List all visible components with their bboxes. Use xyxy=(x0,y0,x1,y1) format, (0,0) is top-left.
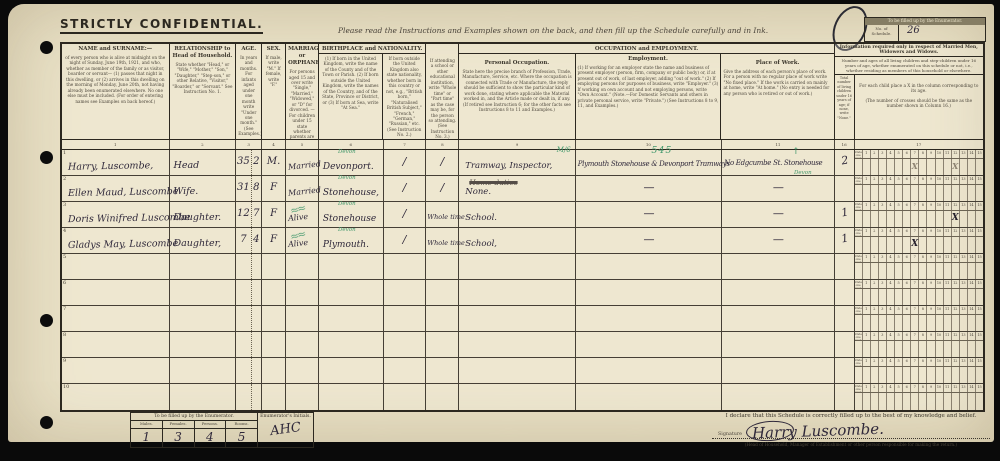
children-age-grid: Under one year123456789101112131415 xyxy=(855,384,983,410)
child-age-x-mark: X xyxy=(911,239,918,249)
age-grid-cell xyxy=(944,159,952,175)
age-grid-label: 9 xyxy=(927,202,935,210)
header-marriage: MARRIAGE or ORPHANHOOD. For persons aged… xyxy=(286,44,319,139)
occupation-value: School, xyxy=(465,239,497,249)
occupation-value: Tramway, Inspector, xyxy=(465,161,552,171)
age-grid-label: 12 xyxy=(952,176,960,184)
age-grid-label: 14 xyxy=(968,202,976,210)
age-grid-cell xyxy=(960,341,968,357)
age-grid-label: 9 xyxy=(927,280,935,288)
age-grid-cell xyxy=(903,211,911,227)
age-grid-label: 6 xyxy=(903,358,911,366)
cell-mar: Married xyxy=(286,176,319,201)
age-grid-label-under-one: Under one year xyxy=(855,280,863,288)
summary-column-label: Rooms. xyxy=(226,421,257,428)
cell-edu: Whole time xyxy=(426,202,459,227)
age-grid-cell xyxy=(863,393,871,410)
age-grid-cell xyxy=(919,211,927,227)
age-grid-label-under-one: Under one year xyxy=(855,176,863,184)
marriage-value: Alive xyxy=(288,238,309,249)
summary-count-value: 1 xyxy=(131,429,163,447)
age-years-value xyxy=(236,332,251,357)
age-grid-cell xyxy=(960,367,968,383)
table-row: 2Ellen Maud, LuscombeWife.318FMarriedDev… xyxy=(62,176,983,202)
punch-hole-icon xyxy=(40,416,53,429)
age-grid-cell xyxy=(960,393,968,410)
age-grid-label: 4 xyxy=(887,306,895,314)
cell-grid: Under one year123456789101112131415 xyxy=(855,280,983,305)
table-row: 3Doris Winifred LuscombeDaughter.127F≈≈A… xyxy=(62,202,983,228)
age-grid-label: 14 xyxy=(968,228,976,236)
age-grid-cell xyxy=(887,159,895,175)
children-total-value: 2 xyxy=(833,148,855,168)
age-grid-cells xyxy=(855,367,983,383)
age-grid-label-under-one: Under one year xyxy=(855,306,863,314)
age-grid-cell xyxy=(863,159,871,175)
age-grid-label: 12 xyxy=(952,280,960,288)
cell-tot: 1 xyxy=(835,202,855,227)
age-grid-cell xyxy=(911,393,919,410)
age-grid-cell xyxy=(895,315,903,331)
age-grid-header: Under one year123456789101112131415 xyxy=(855,384,983,393)
cell-tot xyxy=(835,280,855,305)
green-county-annotation: Devon xyxy=(338,227,356,233)
age-grid-cells: X xyxy=(855,211,983,227)
age-grid-cell xyxy=(855,263,863,279)
employment-value: — xyxy=(576,202,721,220)
punch-hole-icon xyxy=(40,151,53,164)
age-grid-cell xyxy=(903,263,911,279)
name-value: Ellen Maud, Luscombe xyxy=(68,186,179,199)
cell-birth: DevonStonehouse, xyxy=(319,176,384,201)
cell-occ xyxy=(459,280,575,305)
age-grid-cell xyxy=(879,367,887,383)
age-grid-cell xyxy=(863,237,871,253)
age-grid-label: 6 xyxy=(903,228,911,236)
age-grid-label-under-one: Under one year xyxy=(855,254,863,262)
age-months-value xyxy=(252,332,262,357)
age-grid-cell xyxy=(911,341,919,357)
header-occupation: Personal Occupation. State here the prec… xyxy=(459,54,575,139)
cell-edu: Whole time xyxy=(426,228,459,253)
employment-value: — xyxy=(576,176,721,194)
age-grid-cell xyxy=(855,237,863,253)
age-grid-label: 6 xyxy=(903,332,911,340)
age-grid-cell xyxy=(871,341,879,357)
cell-grid: Under one year123456789101112131415 xyxy=(855,384,983,410)
cell-edu: ∕ xyxy=(426,176,459,201)
children-total-value: 1 xyxy=(833,226,855,246)
cell-edu xyxy=(426,384,459,410)
marriage-value: Married xyxy=(288,185,322,197)
column-number-place: 11 xyxy=(722,140,835,149)
age-grid-label: 15 xyxy=(976,150,983,158)
age-grid-label: 2 xyxy=(871,280,879,288)
header-name: NAME and SURNAME:— of every person who i… xyxy=(62,44,170,139)
signature-line: Signature Harry Luscombe. xyxy=(712,421,990,439)
age-grid-label: 5 xyxy=(895,202,903,210)
age-grid-label: 12 xyxy=(952,202,960,210)
cell-sex xyxy=(262,254,286,279)
summary-column-label: Females. xyxy=(163,421,195,428)
cell-sex: F xyxy=(262,228,286,253)
age-grid-label: 7 xyxy=(911,228,919,236)
employment-value: — xyxy=(576,228,721,246)
age-grid-label: 2 xyxy=(871,306,879,314)
age-grid-cell xyxy=(855,185,863,201)
age-grid-cell xyxy=(936,315,944,331)
age-grid-cell xyxy=(919,315,927,331)
age-years-value xyxy=(236,358,251,383)
cell-mar xyxy=(286,384,319,410)
column-number-nat: 7 xyxy=(384,140,427,149)
cell-tot: 1 xyxy=(835,228,855,253)
age-grid-cell xyxy=(879,341,887,357)
age-grid-cell xyxy=(919,185,927,201)
age-grid-label: 9 xyxy=(927,358,935,366)
age-grid-cell xyxy=(960,263,968,279)
age-grid-label: 14 xyxy=(968,332,976,340)
age-grid-label: 4 xyxy=(887,150,895,158)
age-grid-header: Under one year123456789101112131415 xyxy=(855,280,983,289)
age-grid-label: 4 xyxy=(887,358,895,366)
enumerator-summary-box: To be filled up by the Enumerator. Males… xyxy=(130,412,314,448)
cell-sex xyxy=(262,280,286,305)
age-grid-cell xyxy=(871,393,879,410)
cell-emp xyxy=(576,332,722,357)
column-number-birth: 6 xyxy=(319,140,384,149)
age-grid-cell xyxy=(887,341,895,357)
cell-edu xyxy=(426,332,459,357)
crossed-out-occupation: Home duties xyxy=(469,178,517,187)
row-number: 10 xyxy=(63,384,69,390)
age-grid-cell xyxy=(927,289,935,305)
age-grid-cell xyxy=(968,367,976,383)
age-grid-label: 3 xyxy=(879,306,887,314)
age-grid-label: 13 xyxy=(960,306,968,314)
age-grid-cell xyxy=(936,237,944,253)
cell-occ: Home dutiesNone. xyxy=(459,176,575,201)
cell-name: 6 xyxy=(62,280,170,305)
column-number-edu: 8 xyxy=(426,140,459,149)
cell-age: 127 xyxy=(236,202,262,227)
cell-sex: F xyxy=(262,176,286,201)
cell-name: 9 xyxy=(62,358,170,383)
cell-occ xyxy=(459,332,575,357)
summary-column-labels: Males.Females.Persons.Rooms. xyxy=(131,421,257,429)
age-grid-label: 13 xyxy=(960,254,968,262)
place-of-work-value: — xyxy=(722,228,834,246)
age-grid-cell xyxy=(895,263,903,279)
age-grid-cell xyxy=(960,237,968,253)
age-grid-label: 14 xyxy=(968,150,976,158)
age-grid-header: Under one year123456789101112131415 xyxy=(855,202,983,211)
age-grid-cell xyxy=(919,289,927,305)
relationship-value: Daughter. xyxy=(174,212,222,223)
cell-mar xyxy=(286,280,319,305)
row-number: 4 xyxy=(63,228,66,234)
children-age-grid: Under one year123456789101112131415 xyxy=(855,306,983,331)
summary-column-label: Males. xyxy=(131,421,163,428)
birthplace-value: Plymouth. xyxy=(323,240,369,250)
age-grid-label: 5 xyxy=(895,306,903,314)
occupation-value: None. xyxy=(465,187,491,197)
cell-emp: 545Plymouth Stonehouse & Devonport Tramw… xyxy=(576,150,722,175)
age-grid-label: 9 xyxy=(927,228,935,236)
age-grid-cell xyxy=(855,367,863,383)
age-grid-cell xyxy=(936,211,944,227)
age-grid-header: Under one year123456789101112131415 xyxy=(855,332,983,341)
table-row: 9Under one year123456789101112131415 xyxy=(62,358,983,384)
cell-tot xyxy=(835,176,855,201)
nationality-value: ∕ xyxy=(384,176,426,194)
age-grid-cell xyxy=(968,237,976,253)
age-grid-label: 14 xyxy=(968,254,976,262)
age-grid-label: 13 xyxy=(960,358,968,366)
age-grid-label: 3 xyxy=(879,384,887,392)
age-grid-cell xyxy=(927,211,935,227)
age-grid-cell xyxy=(871,211,879,227)
age-years-value: 7 xyxy=(236,228,251,253)
age-grid-label: 2 xyxy=(871,202,879,210)
age-grid-label: 13 xyxy=(960,150,968,158)
birthplace-value: Stonehouse xyxy=(323,214,376,224)
green-county-annotation: Devon xyxy=(338,201,356,207)
age-grid-cell xyxy=(887,393,895,410)
cell-tot xyxy=(835,384,855,410)
age-grid-label: 10 xyxy=(936,150,944,158)
age-grid-cell xyxy=(952,237,960,253)
age-grid-label: 10 xyxy=(936,254,944,262)
cell-tot xyxy=(835,332,855,357)
cell-sex xyxy=(262,384,286,410)
age-grid-cell xyxy=(911,185,919,201)
age-grid-label: 3 xyxy=(879,254,887,262)
age-grid-label: 8 xyxy=(919,228,927,236)
age-grid-label: 3 xyxy=(879,150,887,158)
age-grid-label: 14 xyxy=(968,358,976,366)
marriage-value: Married xyxy=(288,159,322,171)
cell-rel: Daughter. xyxy=(170,202,237,227)
age-grid-label: 12 xyxy=(952,384,960,392)
cell-age xyxy=(236,280,262,305)
age-grid-cell xyxy=(895,367,903,383)
age-grid-cell xyxy=(936,159,944,175)
age-grid-label: 11 xyxy=(944,150,952,158)
age-grid-cell xyxy=(887,211,895,227)
age-grid-cell xyxy=(960,211,968,227)
cell-birth xyxy=(319,280,384,305)
age-grid-cell xyxy=(863,185,871,201)
header-occupation-group: OCCUPATION and EMPLOYMENT. Personal Occu… xyxy=(459,44,834,139)
age-grid-cell xyxy=(927,393,935,410)
age-grid-cell xyxy=(871,185,879,201)
column-number-grid: 17 xyxy=(855,140,983,149)
age-grid-label: 10 xyxy=(936,176,944,184)
age-grid-cell xyxy=(871,159,879,175)
age-grid-label: 5 xyxy=(895,358,903,366)
age-grid-cell: X xyxy=(911,159,919,175)
cell-nat: ∕ xyxy=(384,150,427,175)
age-months-value: 7 xyxy=(252,202,262,227)
age-grid-label: 5 xyxy=(895,176,903,184)
age-grid-cell xyxy=(944,237,952,253)
age-grid-cells xyxy=(855,263,983,279)
cell-name: 7 xyxy=(62,306,170,331)
age-grid-label: 13 xyxy=(960,228,968,236)
children-age-grid: Under one year123456789101112131415 xyxy=(855,280,983,305)
age-months-value: 8 xyxy=(252,176,262,201)
age-grid-cell xyxy=(976,315,983,331)
header-children-total: Total number of living children under 16… xyxy=(835,75,855,139)
age-grid-cell xyxy=(895,159,903,175)
cell-place xyxy=(722,358,835,383)
age-grid-label: 5 xyxy=(895,280,903,288)
green-county-annotation: Devon xyxy=(338,175,356,181)
age-grid-label: 15 xyxy=(976,384,983,392)
age-grid-label: 2 xyxy=(871,150,879,158)
age-grid-label-under-one: Under one year xyxy=(855,384,863,392)
age-grid-cell xyxy=(919,367,927,383)
age-grid-cell xyxy=(936,341,944,357)
age-grid-label: 4 xyxy=(887,332,895,340)
green-code-annotation: M/6 xyxy=(557,146,571,154)
age-grid-label: 10 xyxy=(936,332,944,340)
age-grid-cell xyxy=(976,289,983,305)
cell-occ: School, xyxy=(459,228,575,253)
age-grid-label-under-one: Under one year xyxy=(855,150,863,158)
age-grid-cell: X xyxy=(952,211,960,227)
row-number: 7 xyxy=(63,306,66,312)
cell-edu xyxy=(426,306,459,331)
cell-occ: School. xyxy=(459,202,575,227)
age-months-value xyxy=(252,306,262,331)
cell-sex: M. xyxy=(262,150,286,175)
age-grid-cell xyxy=(944,263,952,279)
age-grid-label: 7 xyxy=(911,280,919,288)
age-grid-label: 11 xyxy=(944,332,952,340)
cell-name: 5 xyxy=(62,254,170,279)
enumerator-initials-box: Enumerator's Initials. AHC xyxy=(258,412,314,448)
age-grid-cell xyxy=(968,211,976,227)
cell-grid: Under one year123456789101112131415X xyxy=(855,228,983,253)
age-grid-cell xyxy=(927,237,935,253)
child-age-x-mark: X xyxy=(952,213,959,223)
cell-emp xyxy=(576,384,722,410)
age-grid-label: 14 xyxy=(968,176,976,184)
age-grid-label: 5 xyxy=(895,332,903,340)
age-grid-cell xyxy=(936,367,944,383)
header-education: If attending a school or other education… xyxy=(426,44,459,139)
cell-tot xyxy=(835,306,855,331)
age-grid-label: 8 xyxy=(919,306,927,314)
cell-emp xyxy=(576,254,722,279)
cell-mar xyxy=(286,332,319,357)
cell-mar: Married xyxy=(286,150,319,175)
age-grid-cell xyxy=(927,185,935,201)
age-grid-label: 12 xyxy=(952,150,960,158)
age-grid-cell xyxy=(952,289,960,305)
age-grid-cell xyxy=(919,159,927,175)
age-grid-cells xyxy=(855,315,983,331)
age-grid-label: 9 xyxy=(927,384,935,392)
row-number: 9 xyxy=(63,358,66,364)
age-grid-label: 8 xyxy=(919,358,927,366)
age-grid-label: 5 xyxy=(895,150,903,158)
cell-mar xyxy=(286,358,319,383)
age-grid-cell xyxy=(952,263,960,279)
cell-nat xyxy=(384,332,427,357)
age-grid-label: 15 xyxy=(976,254,983,262)
age-grid-cell xyxy=(871,315,879,331)
cell-place: — xyxy=(722,202,835,227)
green-county-annotation: Devon xyxy=(338,149,356,155)
age-years-value: 35 xyxy=(236,150,251,175)
cell-age: 74 xyxy=(236,228,262,253)
age-grid-cell xyxy=(895,341,903,357)
table-row: 5Under one year123456789101112131415 xyxy=(62,254,983,280)
age-months-value xyxy=(252,254,262,279)
cell-edu xyxy=(426,358,459,383)
age-grid-label: 7 xyxy=(911,150,919,158)
age-grid-cell xyxy=(855,341,863,357)
header-age: AGE. In years and months. For infants ag… xyxy=(236,44,262,139)
cell-nat xyxy=(384,306,427,331)
sex-value: F xyxy=(262,202,285,219)
cell-grid: Under one year123456789101112131415 xyxy=(855,176,983,201)
age-grid-label-under-one: Under one year xyxy=(855,358,863,366)
age-grid-cell xyxy=(936,289,944,305)
age-grid-label: 3 xyxy=(879,280,887,288)
age-grid-cell xyxy=(887,237,895,253)
punch-hole-icon xyxy=(40,41,53,54)
age-grid-label: 6 xyxy=(903,150,911,158)
cell-tot xyxy=(835,254,855,279)
age-grid-label: 12 xyxy=(952,358,960,366)
summary-count-value: 3 xyxy=(163,429,195,447)
cell-grid: Under one year123456789101112131415XX xyxy=(855,150,983,175)
cell-grid: Under one year123456789101112131415X xyxy=(855,202,983,227)
cell-name: 4Gladys May, Luscombe xyxy=(62,228,170,253)
name-value: Harry, Luscombe, xyxy=(68,160,153,172)
age-grid-label: 14 xyxy=(968,384,976,392)
signature-label: Signature xyxy=(718,432,742,437)
age-grid-label: 10 xyxy=(936,358,944,366)
age-grid-header: Under one year123456789101112131415 xyxy=(855,150,983,159)
age-grid-cell xyxy=(911,367,919,383)
age-grid-cell xyxy=(911,263,919,279)
table-row: 1Harry, Luscombe,Head352M.MarriedDevonDe… xyxy=(62,150,983,176)
age-grid-cell xyxy=(968,289,976,305)
cell-place: — xyxy=(722,228,835,253)
cell-age xyxy=(236,358,262,383)
column-number-rel: 2 xyxy=(170,140,237,149)
summary-count-value: 5 xyxy=(226,429,257,447)
age-months-value xyxy=(252,384,262,410)
age-months-value: 4 xyxy=(252,228,262,253)
declaration-section: I declare that this Schedule is correctl… xyxy=(712,413,990,447)
cell-rel xyxy=(170,280,237,305)
age-grid-label: 3 xyxy=(879,332,887,340)
column-number-name: 1 xyxy=(62,140,170,149)
cell-emp: — xyxy=(576,202,722,227)
row-number: 3 xyxy=(63,202,66,208)
cell-place xyxy=(722,384,835,410)
row-number: 6 xyxy=(63,280,66,286)
age-grid-label: 10 xyxy=(936,384,944,392)
census-table: NAME and SURNAME:— of every person who i… xyxy=(60,42,985,412)
age-grid-cell xyxy=(976,159,983,175)
